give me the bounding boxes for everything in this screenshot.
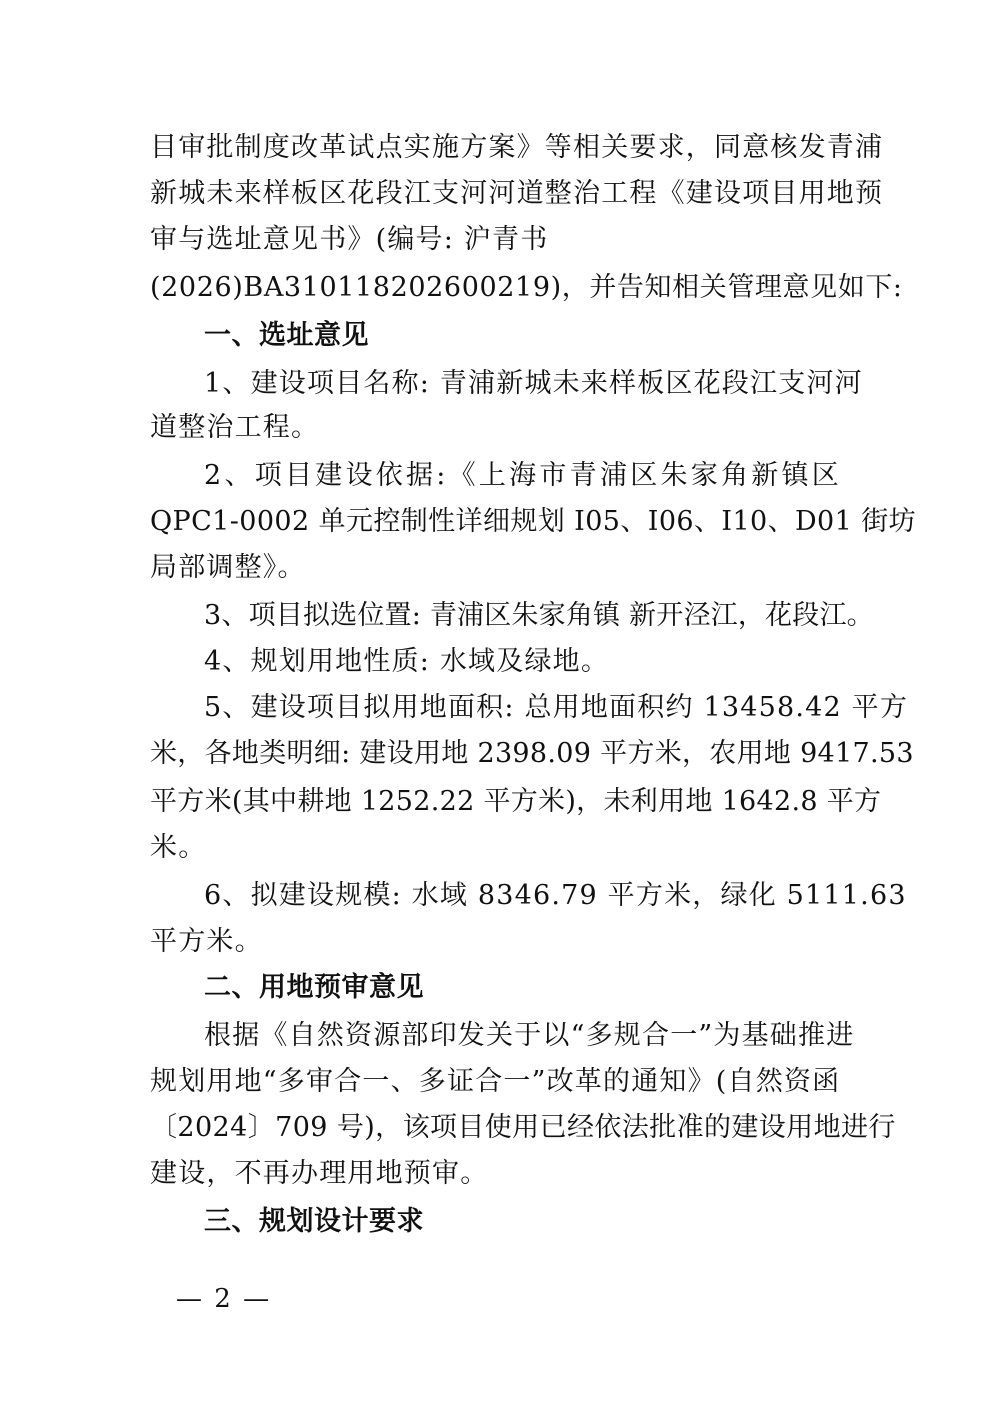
section-heading-site-selection: 一、选址意见: [204, 316, 369, 356]
item-2-line-3: 局部调整》。: [150, 548, 840, 588]
section2-line-1: 根据《自然资源部印发关于以“多规合一”为基础推进: [204, 1016, 840, 1056]
item-4-line-1: 4、规划用地性质: 水域及绿地。: [204, 642, 840, 682]
item-5-line-3: 平方米(其中耕地 1252.22 平方米)，未利用地 1642.8 平方: [150, 782, 840, 822]
item-6-line-2: 平方米。: [150, 922, 840, 962]
section-heading-land-pre-review: 二、用地预审意见: [204, 968, 424, 1008]
item-1-line-1: 1、建设项目名称: 青浦新城未来样板区花段江支河河: [204, 364, 840, 404]
document-page: 目审批制度改革试点实施方案》等相关要求，同意核发青浦 新城未来样板区花段江支河河…: [0, 0, 992, 1403]
item-1-line-2: 道整治工程。: [150, 408, 840, 448]
item-2-line-2: QPC1-0002 单元控制性详细规划 I05、I06、I10、D01 街坊: [150, 502, 840, 542]
item-5-line-4: 米。: [150, 828, 840, 868]
intro-line-1: 目审批制度改革试点实施方案》等相关要求，同意核发青浦: [150, 128, 840, 168]
page-number: — 2 —: [176, 1281, 271, 1317]
section-heading-planning-design: 三、规划设计要求: [204, 1202, 424, 1242]
intro-line-4: (2026)BA310118202600219)，并告知相关管理意见如下:: [150, 268, 840, 308]
item-6-line-1: 6、拟建设规模: 水域 8346.79 平方米，绿化 5111.63: [204, 876, 840, 916]
intro-line-2: 新城未来样板区花段江支河河道整治工程《建设项目用地预: [150, 174, 840, 214]
intro-line-3: 审与选址意见书》(编号: 沪青书: [150, 220, 840, 260]
section2-line-3: 〔2024〕709 号)，该项目使用已经依法批准的建设用地进行: [150, 1108, 840, 1148]
section2-line-4: 建设，不再办理用地预审。: [150, 1154, 840, 1194]
item-3-line-1: 3、项目拟选位置: 青浦区朱家角镇 新开泾江，花段江。: [204, 596, 840, 636]
section2-line-2: 规划用地“多审合一、多证合一”改革的通知》(自然资函: [150, 1062, 840, 1102]
item-5-line-2: 米，各地类明细: 建设用地 2398.09 平方米，农用地 9417.53: [150, 734, 840, 774]
item-5-line-1: 5、建设项目拟用地面积: 总用地面积约 13458.42 平方: [204, 688, 840, 728]
item-2-line-1: 2、项目建设依据:《上海市青浦区朱家角新镇区: [204, 456, 840, 496]
